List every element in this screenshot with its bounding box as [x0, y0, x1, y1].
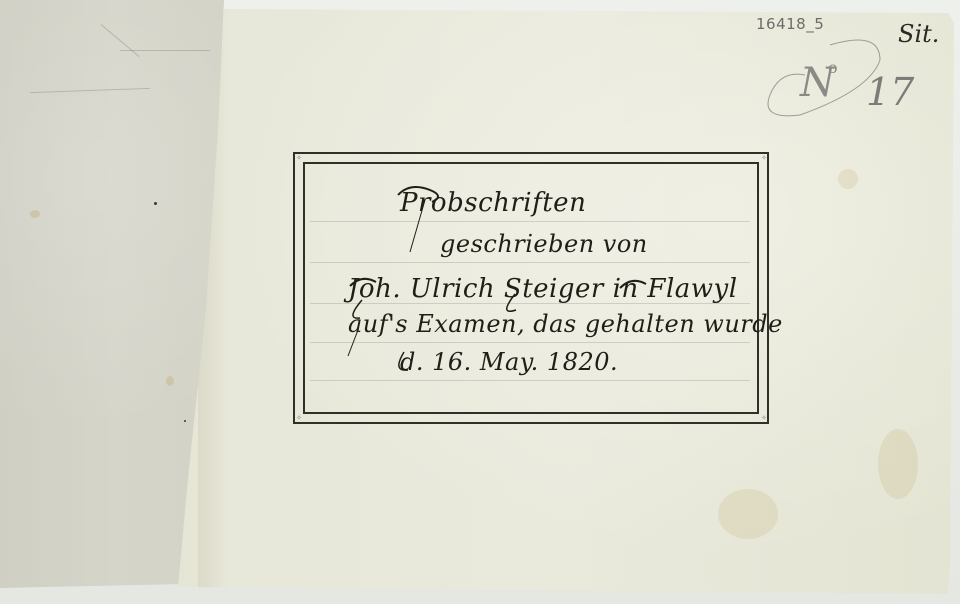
ink-speck [184, 420, 186, 422]
numero-superscript: o [828, 58, 838, 77]
frame-corner-ornament: ✧ [295, 414, 303, 422]
foxing-stain [838, 169, 858, 189]
title-line-2: geschrieben von [440, 230, 648, 258]
foxing-stain [878, 429, 918, 499]
accession-number: 16418_5 [756, 15, 824, 33]
foxing-stain [166, 376, 174, 386]
pencil-scratch [30, 88, 150, 93]
title-line-1: Probschriften [400, 188, 586, 218]
title-line-5: d. 16. May. 1820. [400, 348, 618, 376]
frame-corner-ornament: ✧ [295, 154, 303, 162]
document-scan: ✧ ✧ ✧ ✧ Probschriften geschrieben von Jo… [0, 0, 960, 604]
foxing-stain [30, 210, 40, 218]
title-line-4: auf's Examen, das gehalten wurde [348, 310, 783, 338]
title-line-3: Joh. Ulrich Steiger in Flawyl [348, 274, 738, 304]
numero-value: 17 [866, 70, 914, 114]
foxing-stain [718, 489, 778, 539]
ink-speck [154, 202, 157, 205]
frame-corner-ornament: ✧ [760, 414, 768, 422]
frame-corner-ornament: ✧ [760, 154, 768, 162]
ink-mark: Sit. [898, 20, 939, 48]
pencil-scratch [101, 24, 140, 57]
